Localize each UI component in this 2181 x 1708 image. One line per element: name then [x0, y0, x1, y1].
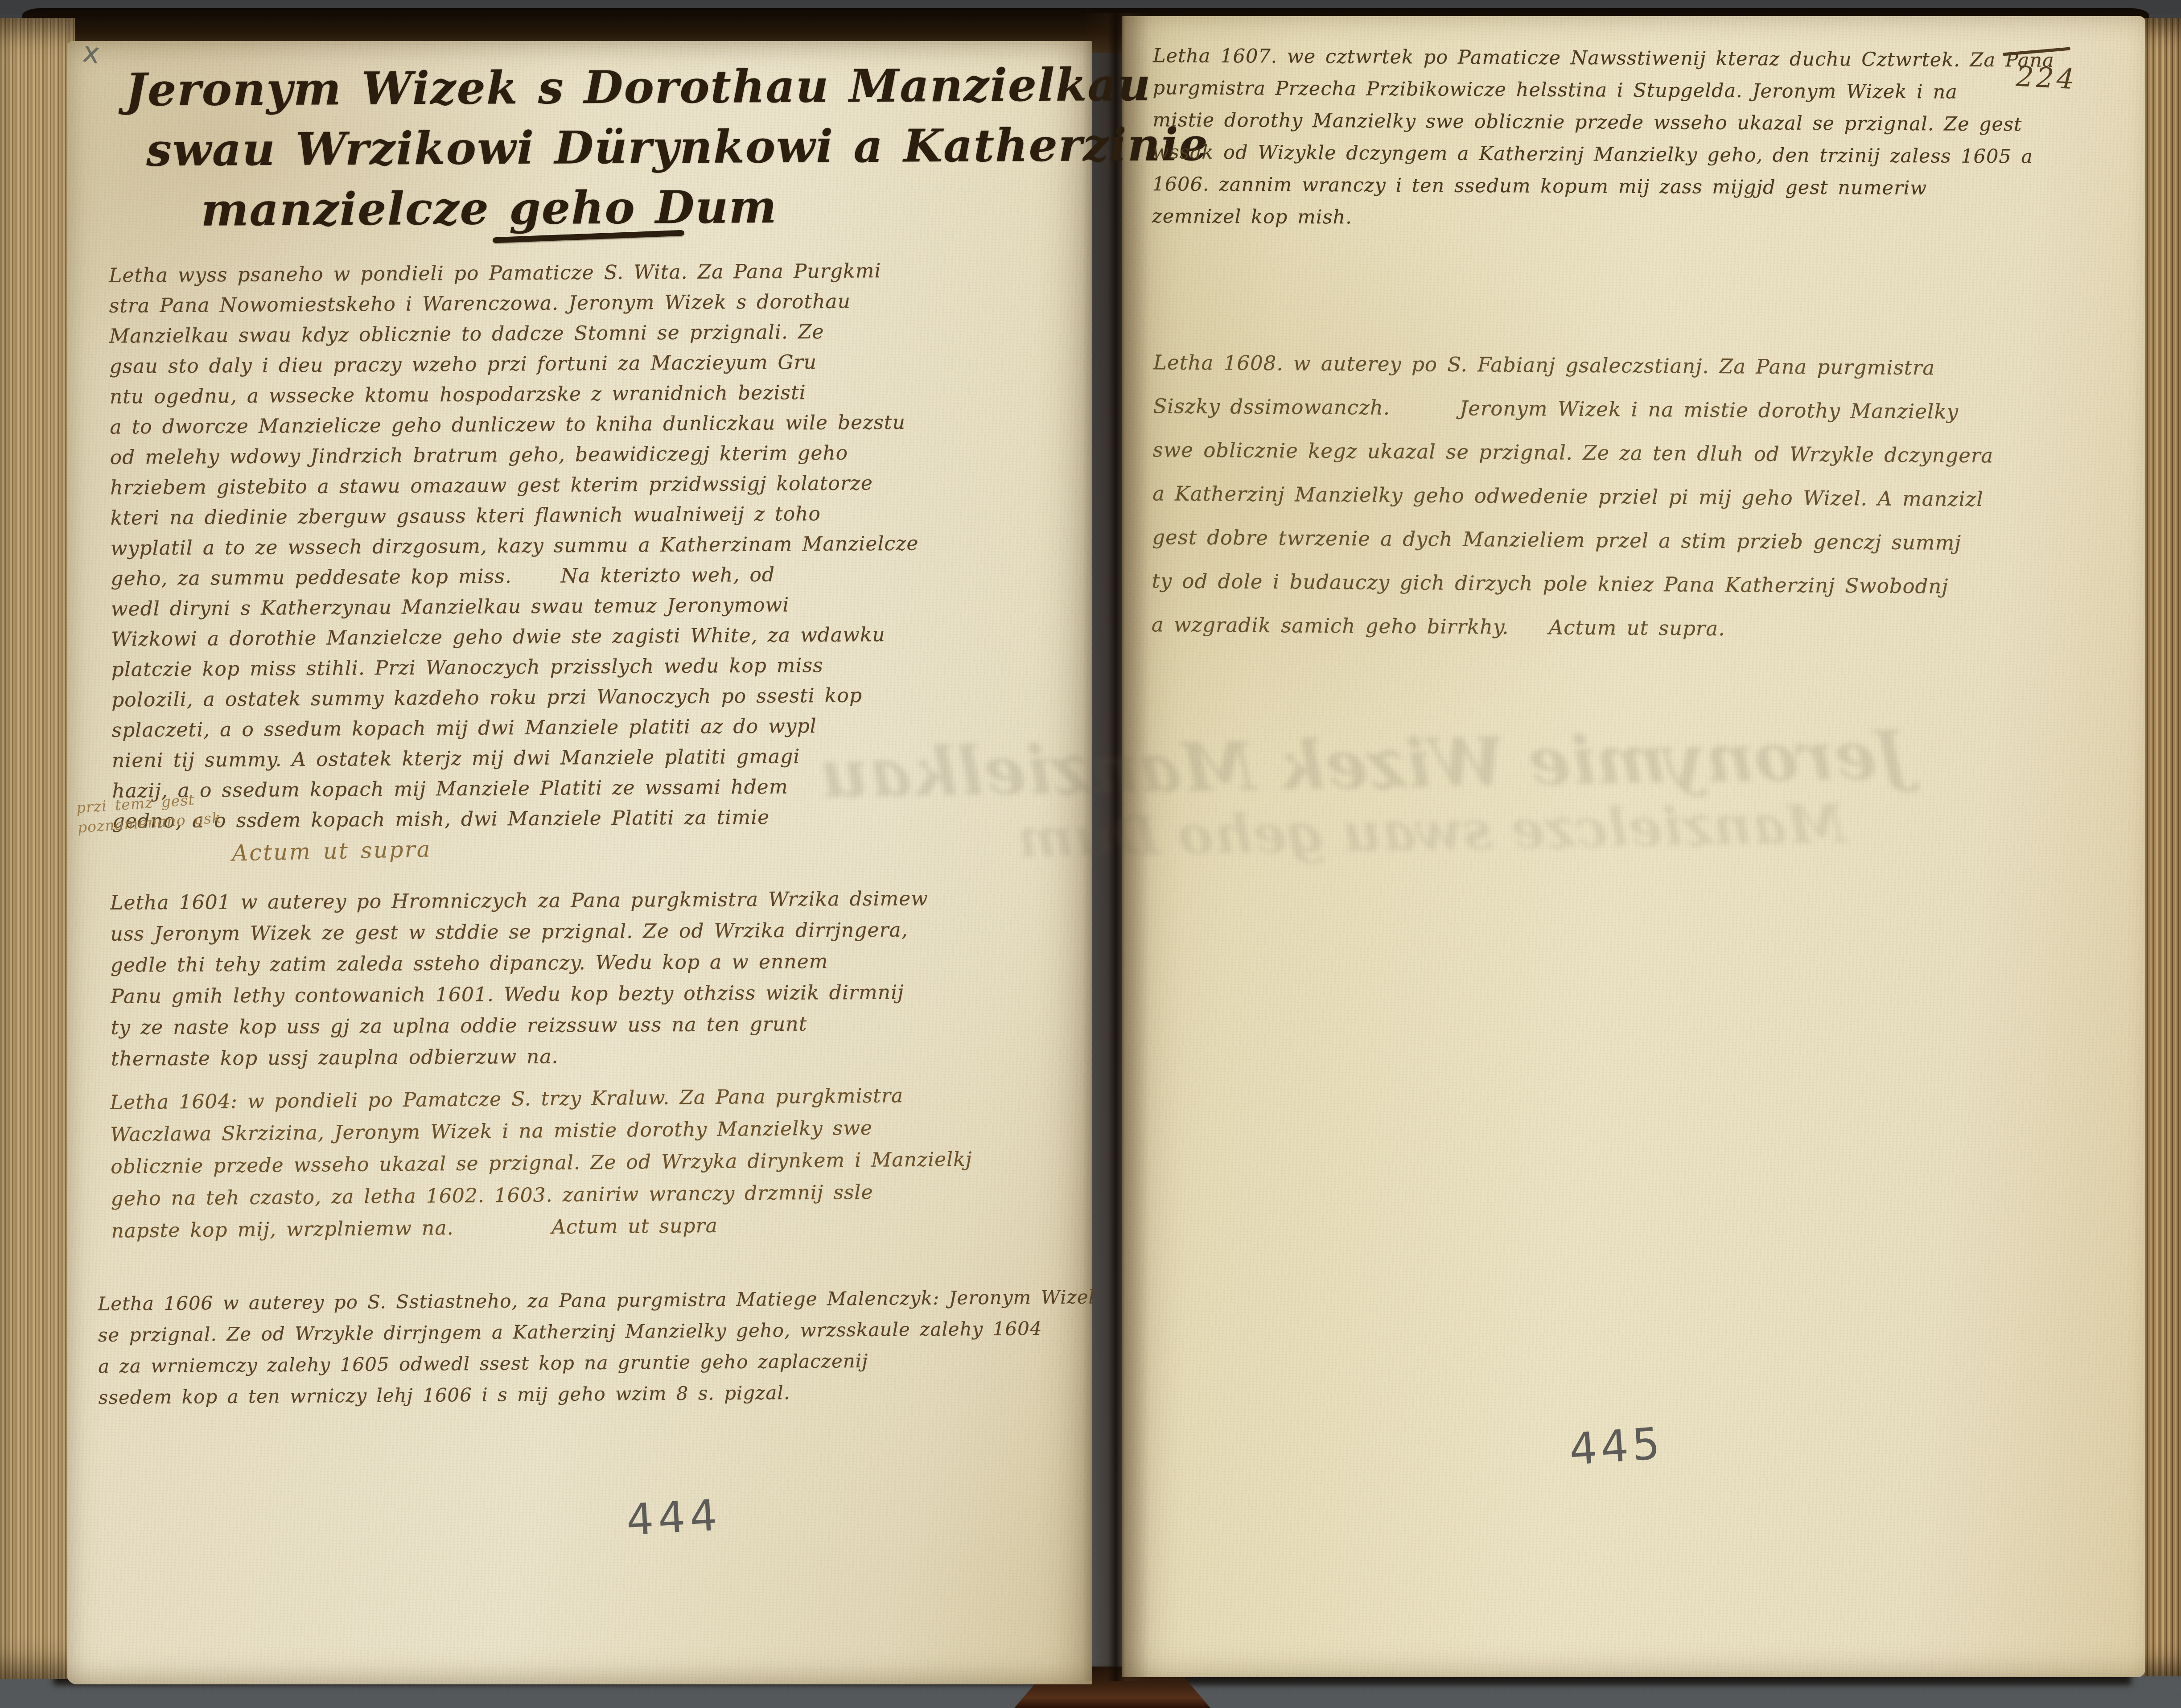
text-line: purgmistra Przecha Przibikowicze helssti… [1152, 72, 2131, 109]
bleed-through-ghost-text: Manzielcze swau geho Dum [1177, 792, 1846, 867]
manuscript-scan: x Jeronym Wizek s Dorothau Manzielkauswa… [0, 0, 2181, 1708]
text-line: Letha 1601 w auterey po Hromniczych za P… [110, 882, 1098, 919]
entry-paragraph-1606: Letha 1606 w auterey po S. Sstiastneho, … [98, 1281, 1115, 1413]
entry-paragraph-1604: Letha 1604: w pondieli po Pamatcze S. tr… [110, 1078, 1099, 1247]
heading-line: Jeronym Wizek s Dorothau Manzielkau [125, 54, 1098, 119]
text-line: Letha 1608. w auterey po S. Fabianj gsal… [1153, 341, 2148, 391]
pencil-page-number-left: 444 [625, 1490, 723, 1545]
text-line: wssak od Wizykle dczyngem a Katherzinj M… [1152, 136, 2131, 173]
text-line: ty ze naste kop uss gj za uplna oddie re… [111, 1007, 1098, 1044]
text-line: thernaste kop ussj zauplna odbierzuw na. [111, 1038, 1099, 1075]
text-line: 1606. zannim wranczy i ten ssedum kopum … [1152, 168, 2131, 205]
pencil-page-number-right: 445 [1568, 1418, 1665, 1475]
text-line: ty od dole i budauczy gich dirzych pole … [1152, 559, 2146, 610]
text-line: zemnizel kop mish. [1152, 200, 2131, 237]
text-line: Letha 1607. we cztwrtek po Pamaticze Naw… [1153, 40, 2132, 77]
text-line: uss Jeronym Wizek ze gest w stddie se pr… [110, 914, 1098, 950]
left-page-stack-edge [0, 18, 75, 1679]
text-line: Siszky dssimowanczh. Jeronym Wizek i na … [1153, 384, 2148, 435]
text-line: gest dobre twrzenie a dych Manzieliem pr… [1152, 515, 2147, 566]
entry-heading: Jeronym Wizek s Dorothau Manzielkauswau … [125, 54, 1098, 240]
entry-paragraph-1601: Letha 1601 w auterey po Hromniczych za P… [110, 882, 1099, 1075]
entry-paragraph-1607: Letha 1607. we cztwrtek po Pamaticze Naw… [1152, 40, 2132, 237]
text-line: swe oblicznie kegz ukazal se przignal. Z… [1152, 428, 2147, 479]
actum-ut-supra-note: Actum ut supra [231, 836, 432, 866]
text-line: a wzgradik samich geho birrkhy. Actum ut… [1152, 603, 2146, 654]
entry-paragraph-1608: Letha 1608. w auterey po S. Fabianj gsal… [1152, 341, 2148, 654]
text-line: a Katherzinj Manzielky geho odwedenie pr… [1152, 472, 2147, 523]
heading-line: swau Wrzikowi Dürynkowi a Katherzinie [146, 115, 1098, 180]
right-fore-edge [2144, 18, 2181, 1676]
text-line: Panu gmih lethy contowanich 1601. Wedu k… [111, 976, 1098, 1012]
heading-line: manzielcze geho Dum [201, 175, 1098, 240]
text-line: gedle thi tehy zatim zaleda ssteho dipan… [111, 945, 1098, 981]
text-line: mistie dorothy Manzielky swe oblicznie p… [1152, 104, 2131, 141]
